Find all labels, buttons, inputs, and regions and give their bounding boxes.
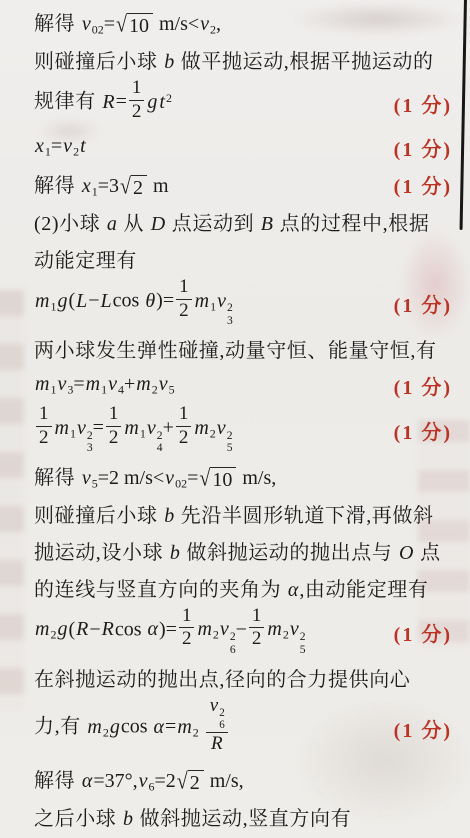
text-run: 之后小球 [34, 808, 122, 830]
line-content: (2)小球 a 从 D 点运动到 B 点的过程中,根据 [34, 207, 456, 236]
line-content: 两小球发生弹性碰撞,动量守恒、能量守恒,有 [34, 334, 456, 363]
line-content: 规律有 R=12gt2 [34, 81, 394, 125]
score-badge: (1 分) [394, 416, 456, 445]
math-run: m1 [85, 373, 107, 395]
line-oblique-setup-1: 抛运动,设小球 b 做斜抛运动的抛出点与 O 点 [34, 535, 456, 565]
math-run: α [153, 716, 166, 738]
math-run: m2 [176, 716, 198, 738]
text-run: 先沿半圆形轨道下滑,再做斜 [175, 505, 433, 527]
math-run: v [76, 417, 87, 439]
text-run: 则碰撞后小球 [34, 505, 163, 527]
line-eq-x1: x1=v2t(1 分) [34, 132, 456, 162]
math-run: v [81, 467, 92, 489]
math-run: = [165, 716, 176, 738]
text-run: 做平抛运动,根据平抛运动的 [175, 51, 433, 73]
text-run: 力,有 [34, 716, 86, 738]
line-content: 解得 x1=3√2 m [34, 169, 394, 200]
math-run: v5 [81, 467, 98, 489]
sub-sup-stack: 25 [300, 631, 306, 655]
fraction-denominator: 2 [182, 628, 192, 650]
radicand: 2 [188, 770, 204, 794]
math-run: g [56, 618, 68, 640]
math-run: L [100, 290, 113, 312]
text-run: 从 [118, 213, 150, 235]
math-run: m [34, 373, 50, 395]
line-eq-centripetal: 力,有 m2gcos α=m2 v26R(1 分) [34, 699, 456, 757]
subscript: 6 [219, 720, 225, 732]
fraction-numerator: 1 [176, 404, 192, 427]
text-run: ,由动能定理有 [299, 579, 428, 601]
fraction-denominator: 2 [179, 427, 189, 449]
math-run: v [107, 373, 118, 395]
score-badge: (1 分) [394, 133, 456, 162]
sub-sup-stack: 23 [227, 302, 233, 326]
math-run: =37°, [93, 770, 137, 792]
fraction-numerator: 1 [129, 78, 145, 101]
math-run: v4 [107, 373, 124, 395]
subscript: 3 [227, 315, 233, 327]
fraction-numerator: 1 [176, 277, 192, 300]
math-run: m [196, 618, 212, 640]
fraction-denominator: R [210, 733, 224, 755]
math-run: R [75, 618, 89, 640]
subscript: 2 [103, 726, 109, 740]
math-run: m [34, 290, 50, 312]
math-run: g [56, 290, 68, 312]
math-run: = [51, 135, 62, 157]
line-energy-theorem: 动能定理有 [34, 243, 456, 273]
sub-sup-stack: 25 [227, 430, 233, 454]
subscript: 02 [175, 477, 187, 491]
radical-sign: √ [177, 769, 188, 794]
math-run: t [158, 91, 166, 113]
math-run: g [109, 716, 121, 738]
math-run: m [148, 175, 169, 197]
math-run: v26 [209, 695, 225, 716]
text-run: 的连线与竖直方向的夹角为 [34, 579, 287, 601]
math-run: m [34, 618, 50, 640]
subscript: 2 [152, 383, 158, 397]
fraction: v26R [206, 696, 228, 754]
math-run: m1 [34, 290, 56, 312]
math-run: cos [113, 290, 145, 312]
text-run: 规律有 [34, 91, 101, 113]
line-eq-work-energy: m1g(L−Lcos θ)=12m1v23(1 分) [34, 280, 456, 327]
math-run: x1 [34, 135, 51, 157]
line-content: 的连线与竖直方向的夹角为 α,由动能定理有 [34, 573, 456, 602]
math-run: m2 [266, 618, 288, 640]
math-run: x1 [81, 175, 98, 197]
fraction: 12 [179, 606, 195, 650]
subscript: 3 [87, 442, 93, 454]
line-eq-kinetic-energy: 12m1v23=12m1v24+12m2v25(1 分) [34, 407, 456, 454]
text-run: 解得 [34, 175, 81, 197]
math-run: v [216, 417, 227, 439]
math-run: =3 [98, 175, 119, 197]
text-run: 动能定理有 [34, 250, 137, 272]
math-run: m/s< [154, 13, 199, 35]
math-run: α [287, 579, 300, 601]
math-run: v [62, 135, 73, 157]
fraction-denominator: 2 [109, 427, 119, 449]
fraction-denominator: 2 [179, 300, 189, 322]
sqrt-expression: √2 [177, 770, 204, 794]
fraction-denominator: 2 [39, 427, 49, 449]
math-run: v [216, 290, 227, 312]
line-content: 解得 α=37°,v6=2√2 m/s, [34, 764, 456, 795]
math-run: v [56, 373, 67, 395]
math-run: m2 [135, 373, 157, 395]
math-run: v26 [219, 618, 236, 640]
math-run: = [187, 467, 198, 489]
text-run: 则碰撞后小球 [34, 51, 163, 73]
fraction-numerator: v26 [206, 696, 228, 733]
math-run: v5 [158, 373, 175, 395]
line-content: 解得 v02=√10 m/s<v2, [34, 7, 456, 38]
math-run: b [122, 808, 134, 830]
math-run: θ [144, 290, 156, 312]
sqrt-expression: √10 [199, 467, 236, 491]
line-part2-intro: (2)小球 a 从 D 点运动到 B 点的过程中,根据 [34, 206, 456, 236]
subscript: 6 [230, 644, 236, 656]
line-content: 12m1v23=12m1v24+12m2v25 [34, 407, 394, 454]
math-run: m1 [194, 290, 216, 312]
math-run: v6 [138, 770, 155, 792]
text-run: 点的过程中,根据 [274, 213, 429, 235]
line-oblique-setup-2: 的连线与竖直方向的夹角为 α,由动能定理有 [34, 572, 456, 602]
sub-sup-stack: 26 [219, 708, 225, 731]
math-run: , [216, 13, 221, 35]
math-run: =2 m/s< [98, 467, 164, 489]
fraction-numerator: 1 [36, 404, 52, 427]
line-eq-momentum: m1v3=m1v4+m2v5(1 分) [34, 370, 456, 400]
math-run: R [210, 733, 224, 754]
subscript: 2 [283, 628, 289, 642]
text-run: 点 [414, 542, 440, 564]
line-content: 抛运动,设小球 b 做斜抛运动的抛出点与 O 点 [34, 536, 456, 565]
math-run: = [104, 13, 115, 35]
math-run: v25 [216, 417, 233, 439]
fraction: 12 [176, 404, 192, 448]
subscript: 5 [169, 383, 175, 397]
math-run: v02 [164, 467, 187, 489]
math-run: m [135, 373, 151, 395]
math-run: v25 [289, 618, 306, 640]
line-final-oblique: 之后小球 b 做斜抛运动,竖直方向有 [34, 802, 456, 832]
math-run: v23 [216, 290, 233, 312]
text-run: 做斜抛运动,竖直方向有 [134, 808, 351, 830]
text-run: 解得 [34, 13, 81, 35]
line-content: 则碰撞后小球 b 先沿半圆形轨道下滑,再做斜 [34, 499, 456, 528]
score-badge: (1 分) [394, 371, 456, 400]
math-run: v24 [146, 417, 163, 439]
text-run: 抛运动,设小球 [34, 542, 169, 564]
line-content: m2g(R−Rcos α)=12m2v26−12m2v25 [34, 609, 394, 656]
fraction: 12 [36, 404, 52, 448]
exam-solution-page: 解得 v02=√10 m/s<v2,则碰撞后小球 b 做平抛运动,根据平抛运动的… [0, 0, 470, 838]
math-run: m2 [193, 417, 215, 439]
radical-sign: √ [116, 12, 127, 37]
radicand: 10 [210, 467, 236, 491]
line-content: 力,有 m2gcos α=m2 v26R [34, 699, 394, 757]
math-run: α [147, 618, 160, 640]
math-run: m1 [54, 417, 76, 439]
text-run: 两小球发生弹性碰撞,动量守恒、能量守恒,有 [34, 340, 437, 362]
math-run: m2 [34, 618, 56, 640]
math-run: = [116, 91, 127, 113]
math-run: m/s, [237, 467, 276, 489]
math-run: v2 [199, 13, 216, 35]
math-run: v [164, 467, 175, 489]
math-run: cos [115, 618, 147, 640]
math-run: v [209, 695, 219, 716]
text-run: (2)小球 [34, 213, 106, 235]
subscript: 5 [300, 644, 306, 656]
subscript: 5 [227, 442, 233, 454]
superscript: 2 [227, 302, 233, 314]
line-eq-radius: 规律有 R=12gt2(1 分) [34, 81, 456, 125]
math-run: v3 [56, 373, 73, 395]
subscript: 1 [140, 427, 146, 441]
math-run: t2 [158, 91, 172, 113]
math-run: v [289, 618, 300, 640]
score-badge: (1 分) [394, 618, 456, 647]
math-run: R [101, 91, 115, 113]
math-run: D [150, 213, 166, 235]
fraction-numerator: 1 [179, 606, 195, 629]
math-run: − [89, 618, 100, 640]
score-badge: (1 分) [394, 714, 456, 743]
line-solve-x1: 解得 x1=3√2 m(1 分) [34, 169, 456, 200]
fraction: 12 [176, 277, 192, 321]
text-run: 做斜抛运动的抛出点与 [181, 542, 398, 564]
math-run: v [138, 770, 149, 792]
superscript: 2 [300, 631, 306, 643]
line-solve-v5: 解得 v5=2 m/s<v02=√10 m/s, [34, 461, 456, 492]
subscript: 2 [210, 427, 216, 441]
math-run: m2 [196, 618, 218, 640]
subscript: 02 [92, 23, 104, 37]
math-run: O [398, 542, 414, 564]
math-run: m [123, 417, 139, 439]
line-content: 动能定理有 [34, 244, 456, 273]
math-run: α [81, 770, 94, 792]
radicand: 10 [127, 13, 153, 37]
math-run: = [73, 373, 84, 395]
fraction-numerator: 1 [249, 606, 265, 629]
line-content: m1v3=m1v4+m2v5 [34, 373, 394, 398]
math-run: =2 [154, 770, 175, 792]
math-run: v2 [62, 135, 79, 157]
math-run: v [199, 13, 210, 35]
math-run: cos [121, 716, 153, 738]
line-solve-v02: 解得 v02=√10 m/s<v2, [34, 7, 456, 38]
line-elastic-collision: 两小球发生弹性碰撞,动量守恒、能量守恒,有 [34, 334, 456, 364]
text-run: 解得 [34, 770, 81, 792]
math-run: b [163, 505, 175, 527]
score-badge: (1 分) [394, 289, 456, 318]
fraction: 12 [249, 606, 265, 650]
line-content: 之后小球 b 做斜抛运动,竖直方向有 [34, 802, 456, 831]
math-run: + [163, 417, 174, 439]
sqrt-expression: √2 [120, 175, 147, 199]
math-run: v [158, 373, 169, 395]
math-run: + [124, 373, 135, 395]
fraction-numerator: 1 [106, 404, 122, 427]
math-run: a [106, 213, 118, 235]
math-run: R [101, 618, 115, 640]
fraction-denominator: 2 [252, 628, 262, 650]
line-flat-throw-intro: 则碰撞后小球 b 做平抛运动,根据平抛运动的 [34, 44, 456, 74]
radical-sign: √ [199, 466, 210, 491]
fraction-denominator: 2 [132, 101, 142, 123]
math-run: b [169, 542, 181, 564]
line-content: x1=v2t [34, 135, 394, 160]
solution-lines: 解得 v02=√10 m/s<v2,则碰撞后小球 b 做平抛运动,根据平抛运动的… [0, 0, 470, 838]
math-run: )= [159, 618, 177, 640]
line-content: 在斜抛运动的抛出点,径向的合力提供向心 [34, 663, 456, 692]
math-run: x [34, 135, 45, 157]
math-run: = [93, 417, 104, 439]
line-content: m1g(L−Lcos θ)=12m1v23 [34, 280, 394, 327]
line-content: 解得 v5=2 m/s<v02=√10 m/s, [34, 461, 456, 492]
math-run: m [266, 618, 282, 640]
math-run: B [260, 213, 274, 235]
line-solve-alpha-v6: 解得 α=37°,v6=2√2 m/s, [34, 764, 456, 795]
text-run: 在斜抛运动的抛出点,径向的合力提供向心 [34, 669, 410, 691]
fraction: 12 [129, 78, 145, 122]
math-run: g [146, 91, 158, 113]
math-run [199, 716, 204, 738]
math-run: x [81, 175, 92, 197]
score-badge: (1 分) [394, 89, 456, 118]
subscript: 2 [193, 726, 199, 740]
subscript: 4 [157, 442, 163, 454]
math-run: m [85, 373, 101, 395]
line-content: 则碰撞后小球 b 做平抛运动,根据平抛运动的 [34, 45, 456, 74]
math-run: m1 [123, 417, 145, 439]
score-badge: (1 分) [394, 170, 456, 199]
math-run: b [163, 51, 175, 73]
math-run: − [236, 618, 247, 640]
math-run: v23 [76, 417, 93, 439]
math-run: v [146, 417, 157, 439]
math-run: m2 [86, 716, 108, 738]
math-run: v [81, 13, 92, 35]
radical-sign: √ [120, 174, 131, 199]
line-centripetal-intro: 在斜抛运动的抛出点,径向的合力提供向心 [34, 663, 456, 693]
text-run: 点运动到 [166, 213, 260, 235]
math-run: v [219, 618, 230, 640]
math-run: m [86, 716, 102, 738]
line-slide-intro: 则碰撞后小球 b 先沿半圆形轨道下滑,再做斜 [34, 498, 456, 528]
fraction: 12 [106, 404, 122, 448]
math-run: m [193, 417, 209, 439]
line-eq-energy-slide: m2g(R−Rcos α)=12m2v26−12m2v25(1 分) [34, 609, 456, 656]
math-run: t [79, 135, 87, 157]
radicand: 2 [131, 175, 147, 199]
math-run: m1 [34, 373, 56, 395]
math-run: − [88, 290, 99, 312]
math-run: m [176, 716, 192, 738]
superscript: 2 [166, 91, 172, 105]
math-run: m/s, [205, 770, 244, 792]
math-run: L [75, 290, 88, 312]
math-run: m [194, 290, 210, 312]
text-run: 解得 [34, 467, 81, 489]
math-run: m [54, 417, 70, 439]
sqrt-expression: √10 [116, 13, 153, 37]
math-run: )= [156, 290, 174, 312]
math-run: v02 [81, 13, 104, 35]
